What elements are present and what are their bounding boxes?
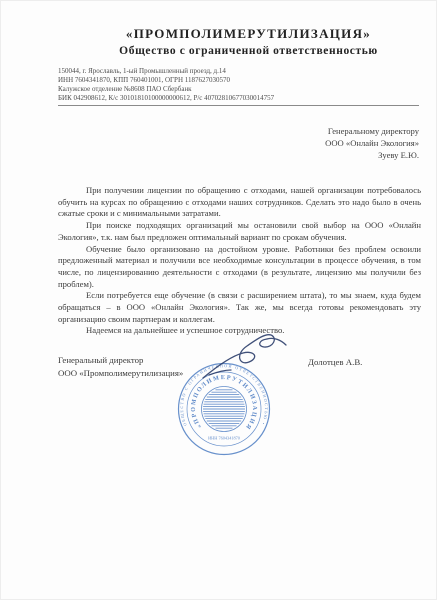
stamp-ring-text-curve: «ПРОМПОЛИМЕРУТИЛИЗАЦИЯ» [157,326,258,431]
paragraph: Если потребуется еще обучение (в связи с… [58,290,421,325]
stamp-svg: ОБЩЕСТВО С ОГРАНИЧЕННОЙ ОТВЕТСТВЕННОСТЬЮ… [157,326,303,472]
stamp-inn-text: ИНН 7604341870 [208,436,240,441]
company-stamp: ОБЩЕСТВО С ОГРАНИЧЕННОЙ ОТВЕТСТВЕННОСТЬЮ… [157,326,303,472]
recipient-title: Генеральному директору [325,125,419,137]
requisites-bank: Калужское отделение №8608 ПАО Сбербанк [58,85,274,94]
signer-name: Долотцев А.В. [308,356,362,369]
letter-body: При получении лицензии по обращению с от… [58,185,421,337]
recipient-company: ООО «Онлайн Экология» [325,137,419,149]
paragraph: При получении лицензии по обращению с от… [58,185,421,220]
stamp-ring-text: «ПРОМПОЛИМЕРУТИЛИЗАЦИЯ» [157,326,258,431]
letterhead: «ПРОМПОЛИМЕРУТИЛИЗАЦИЯ» Общество с огран… [61,26,436,57]
company-name: «ПРОМПОЛИМЕРУТИЛИЗАЦИЯ» [61,26,436,42]
stamp-globe-hatch [203,390,245,428]
company-type: Общество с ограниченной ответственностью [61,45,436,57]
requisites-codes: ИНН 7604341870, КПП 760401001, ОГРН 1187… [58,76,274,85]
company-requisites: 150044, г. Ярославль, 1-ый Промышленный … [58,67,274,103]
requisites-accounts: БИК 042908612, К/с 30101810100000000612,… [58,94,274,103]
recipient-block: Генеральному директору ООО «Онлайн Эколо… [325,125,419,161]
recipient-name: Зуеву Е.Ю. [325,149,419,161]
paragraph: Обучение было организовано на достойном … [58,244,421,291]
header-divider [58,105,419,106]
requisites-address: 150044, г. Ярославль, 1-ый Промышленный … [58,67,274,76]
paragraph: При поиске подходящих организаций мы ост… [58,220,421,243]
letter-page: «ПРОМПОЛИМЕРУТИЛИЗАЦИЯ» Общество с огран… [0,0,437,600]
